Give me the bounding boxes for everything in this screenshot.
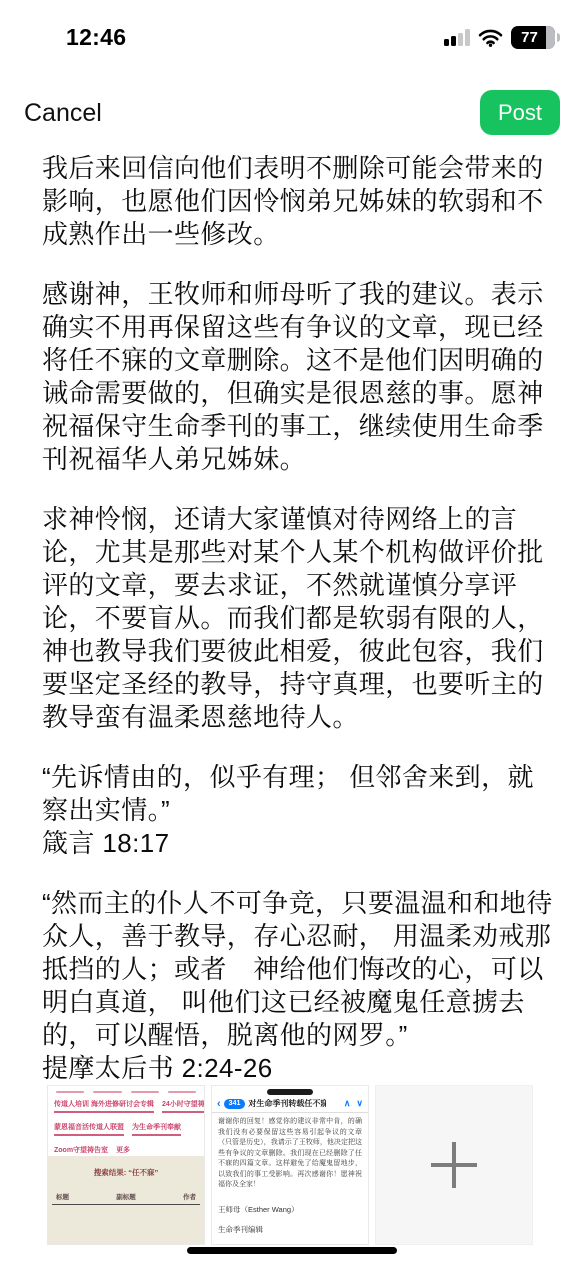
post-text-editor[interactable]: 我后来回信向他们表明不删除可能会带来的影响，也愿他们因怜悯弟兄姊妹的软弱和不成熟… xyxy=(42,152,556,1085)
cellular-signal-icon xyxy=(444,29,470,46)
chevron-down-icon: ∨ xyxy=(356,1098,363,1109)
signature-name: 王师母（Esther Wang） xyxy=(218,1204,362,1215)
quote-reference: 箴言 18:17 xyxy=(42,827,556,860)
web-link: 蒙恩福音活传道人联盟 xyxy=(54,1122,124,1136)
post-paragraph: 感谢神，王牧师和师母听了我的建议。表示确实不用再保留这些有争议的文章，现已经将任… xyxy=(42,278,556,476)
results-table-header: 标题 副标题 作者 xyxy=(48,1192,204,1201)
quote-text: “然而主的仆人不可争竞，只要温温和和地待众人，善于教导，存心忍耐， 用温柔劝戒那… xyxy=(42,887,556,1052)
web-link: 为生命季刊奉献 xyxy=(132,1122,181,1136)
add-attachment-button[interactable] xyxy=(375,1085,533,1245)
battery-percent: 77 xyxy=(521,29,538,46)
column-title: 标题 xyxy=(56,1192,69,1201)
attachment-web-thumbnail[interactable]: 传道人培训 海外进修研讨会专辑 24小时守望祷告 蒙恩福音活传道人联盟 为生命季… xyxy=(47,1085,205,1245)
scripture-quote: “先诉情由的，似乎有理； 但邻舍来到，就察出实情。” 箴言 18:17 xyxy=(42,761,556,860)
scripture-quote: “然而主的仆人不可争竞，只要温温和和地待众人，善于教导，存心忍耐， 用温柔劝戒那… xyxy=(42,887,556,1085)
signature-title: 生命季刊编辑 xyxy=(218,1224,362,1235)
column-subtitle: 副标题 xyxy=(116,1192,136,1201)
search-results-title: 搜索结果: “任不寐” xyxy=(48,1167,204,1178)
home-indicator[interactable] xyxy=(187,1247,397,1254)
mail-signature: 王师母（Esther Wang） 生命季刊编辑 xyxy=(212,1191,368,1235)
post-button[interactable]: Post xyxy=(480,90,560,135)
chevron-up-icon: ∧ xyxy=(344,1098,351,1109)
unread-count-badge: 341 xyxy=(224,1099,246,1109)
battery-tip xyxy=(557,33,560,42)
web-link-row: 蒙恩福音活传道人联盟 为生命季刊奉献 xyxy=(54,1122,198,1136)
status-bar: 12:46 77 xyxy=(0,18,584,58)
status-icons: 77 xyxy=(444,26,560,49)
mail-subject: 对生命季刊转载任不寐… xyxy=(248,1098,326,1109)
dynamic-island-decoration xyxy=(267,1089,313,1095)
plus-icon xyxy=(425,1136,483,1194)
mail-nav-chevrons: ∧ ∨ xyxy=(344,1098,363,1109)
status-time: 12:46 xyxy=(66,24,126,51)
post-paragraph: 求神怜悯，还请大家谨慎对待网络上的言论，尤其是那些对某个人某个机构做评价批评的文… xyxy=(42,503,556,734)
web-link: 传道人培训 海外进修研讨会专辑 xyxy=(54,1099,154,1113)
post-paragraph: 我后来回信向他们表明不删除可能会带来的影响，也愿他们因怜悯弟兄姊妹的软弱和不成熟… xyxy=(42,152,556,251)
mail-body-text: 谢谢你的回复！感觉你的建议非常中肯，的确我们没有必要保留这些容易引起争议的文章（… xyxy=(212,1113,368,1191)
back-chevron-icon: ‹ xyxy=(217,1099,221,1109)
table-rule xyxy=(52,1204,200,1205)
web-link: 24小时守望祷告 xyxy=(162,1099,205,1113)
compose-header: Cancel Post xyxy=(0,86,584,142)
compose-post-screen: 12:46 77 Cancel Post 我后来回信向他们表明不删除可能会带来的… xyxy=(0,0,584,1266)
column-author: 作者 xyxy=(183,1192,196,1201)
web-link-row: 传道人培训 海外进修研讨会专辑 24小时守望祷告 xyxy=(54,1099,198,1113)
cancel-button[interactable]: Cancel xyxy=(24,99,102,128)
quote-text: “先诉情由的，似乎有理； 但邻舍来到，就察出实情。” xyxy=(42,761,556,827)
attachment-row: 传道人培训 海外进修研讨会专辑 24小时守望祷告 蒙恩福音活传道人联盟 为生命季… xyxy=(47,1085,533,1245)
attachment-mail-thumbnail[interactable]: ‹ 341 对生命季刊转载任不寐… ∧ ∨ 谢谢你的回复！感觉你的建议非常中肯，… xyxy=(211,1085,369,1245)
mail-header: ‹ 341 对生命季刊转载任不寐… ∧ ∨ xyxy=(212,1097,368,1113)
link-underline-decoration xyxy=(56,1091,196,1093)
wifi-icon xyxy=(478,28,503,47)
battery-icon: 77 xyxy=(511,26,560,49)
search-results-panel: 搜索结果: “任不寐” 标题 副标题 作者 xyxy=(48,1156,204,1244)
quote-reference: 提摩太后书 2:24-26 xyxy=(42,1052,556,1085)
